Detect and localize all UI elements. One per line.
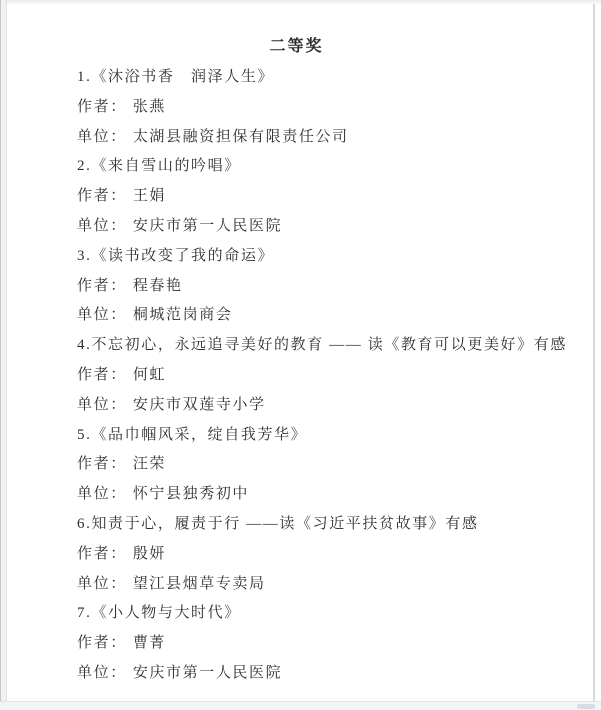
page-right-edge: [593, 4, 595, 701]
award-entry: 7.《小人物与大时代》 作者：曹菁 单位：安庆市第一人民医院: [77, 599, 593, 688]
author-name: 王娟: [133, 188, 166, 204]
page-title: 二等奖: [8, 4, 593, 58]
page-top-edge: [0, 0, 601, 5]
unit-name: 怀宁县独秀初中: [133, 486, 249, 502]
award-entry: 6.知责于心，履责于行 ——读《习近平扶贫故事》有感 作者：殷妍 单位：望江县烟…: [77, 510, 593, 599]
unit-label: 单位：: [77, 665, 127, 681]
entry-unit-line: 单位：怀宁县独秀初中: [77, 480, 593, 510]
entry-unit-line: 单位：安庆市双莲寺小学: [77, 391, 593, 421]
unit-name: 太湖县融资担保有限责任公司: [133, 129, 349, 145]
author-label: 作者：: [77, 367, 127, 383]
author-label: 作者：: [77, 278, 127, 294]
author-label: 作者：: [77, 456, 127, 472]
entry-title: 3.《读书改变了我的命运》: [77, 242, 593, 272]
unit-name: 桐城范岗商会: [133, 307, 233, 323]
unit-name: 安庆市双莲寺小学: [133, 397, 266, 413]
entry-author-line: 作者：何虹: [77, 361, 593, 391]
author-name: 程春艳: [133, 278, 183, 294]
author-label: 作者：: [77, 99, 127, 115]
entry-title: 2.《来自雪山的吟唱》: [77, 152, 593, 182]
entry-unit-line: 单位：安庆市第一人民医院: [77, 659, 593, 689]
unit-label: 单位：: [77, 307, 127, 323]
unit-label: 单位：: [77, 397, 127, 413]
unit-label: 单位：: [77, 129, 127, 145]
author-name: 何虹: [133, 367, 166, 383]
award-entry: 5.《品巾帼风采，绽自我芳华》 作者：汪荣 单位：怀宁县独秀初中: [77, 421, 593, 510]
entry-title: 6.知责于心，履责于行 ——读《习近平扶贫故事》有感: [77, 510, 593, 540]
entry-unit-line: 单位：桐城范岗商会: [77, 301, 593, 331]
entry-author-line: 作者：王娟: [77, 182, 593, 212]
unit-label: 单位：: [77, 576, 127, 592]
entry-unit-line: 单位：太湖县融资担保有限责任公司: [77, 123, 593, 153]
unit-name: 安庆市第一人民医院: [133, 665, 282, 681]
author-label: 作者：: [77, 188, 127, 204]
award-entries: 1.《沐浴书香 润泽人生》 作者：张燕 单位：太湖县融资担保有限责任公司 2.《…: [8, 63, 593, 689]
award-entry: 3.《读书改变了我的命运》 作者：程春艳 单位：桐城范岗商会: [77, 242, 593, 331]
unit-name: 安庆市第一人民医院: [133, 218, 282, 234]
entry-unit-line: 单位：安庆市第一人民医院: [77, 212, 593, 242]
author-name: 曹菁: [133, 635, 166, 651]
unit-label: 单位：: [77, 218, 127, 234]
entry-title: 7.《小人物与大时代》: [77, 599, 593, 629]
unit-label: 单位：: [77, 486, 127, 502]
award-entry: 1.《沐浴书香 润泽人生》 作者：张燕 单位：太湖县融资担保有限责任公司: [77, 63, 593, 152]
author-label: 作者：: [77, 546, 127, 562]
entry-title: 4.不忘初心，永远追寻美好的教育 —— 读《教育可以更美好》有感: [77, 331, 593, 361]
entry-author-line: 作者：程春艳: [77, 272, 593, 302]
horizontal-scrollbar[interactable]: [0, 701, 601, 710]
entry-author-line: 作者：汪荣: [77, 450, 593, 480]
entry-title: 5.《品巾帼风采，绽自我芳华》: [77, 421, 593, 451]
document-page: 二等奖 1.《沐浴书香 润泽人生》 作者：张燕 单位：太湖县融资担保有限责任公司…: [8, 4, 593, 701]
document-viewer: 二等奖 1.《沐浴书香 润泽人生》 作者：张燕 单位：太湖县融资担保有限责任公司…: [0, 0, 601, 710]
horizontal-scrollbar-thumb[interactable]: [577, 704, 595, 709]
entry-author-line: 作者：殷妍: [77, 540, 593, 570]
entry-author-line: 作者：曹菁: [77, 629, 593, 659]
award-entry: 4.不忘初心，永远追寻美好的教育 —— 读《教育可以更美好》有感 作者：何虹 单…: [77, 331, 593, 420]
author-name: 殷妍: [133, 546, 166, 562]
author-label: 作者：: [77, 635, 127, 651]
author-name: 汪荣: [133, 456, 166, 472]
entry-title: 1.《沐浴书香 润泽人生》: [77, 63, 593, 93]
entry-author-line: 作者：张燕: [77, 93, 593, 123]
author-name: 张燕: [133, 99, 166, 115]
entry-unit-line: 单位：望江县烟草专卖局: [77, 570, 593, 600]
award-entry: 2.《来自雪山的吟唱》 作者：王娟 单位：安庆市第一人民医院: [77, 152, 593, 241]
unit-name: 望江县烟草专卖局: [133, 576, 266, 592]
page-left-margin: [0, 0, 7, 702]
